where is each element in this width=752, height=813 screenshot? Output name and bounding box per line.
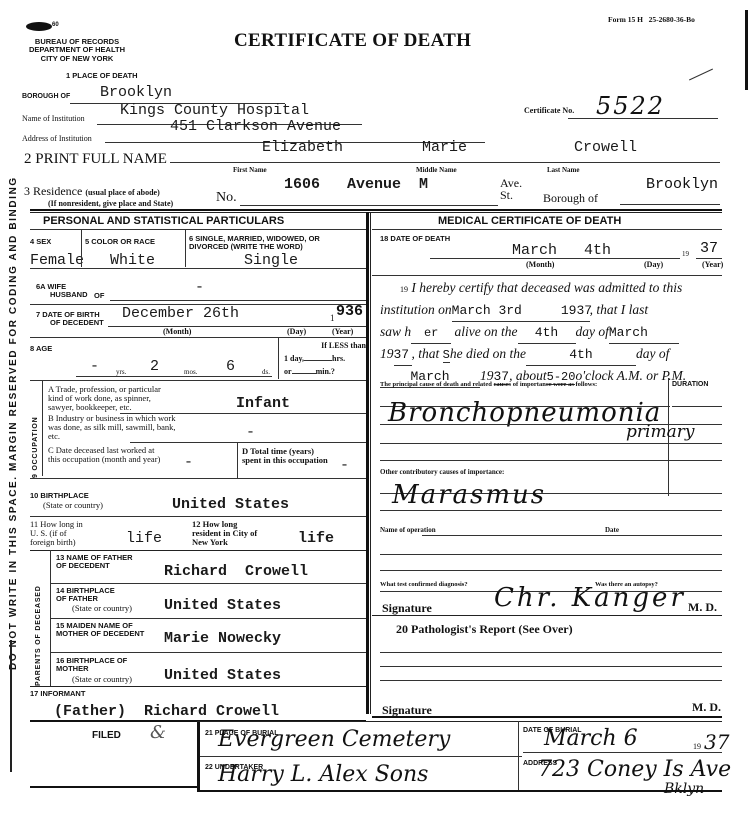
personal-heading: PERSONAL AND STATISTICAL PARTICULARS <box>43 215 284 227</box>
informant-label: 17 INFORMANT <box>30 690 85 698</box>
age-label: 8 AGE <box>30 345 52 353</box>
bureau-block: BUREAU OF RECORDS DEPARTMENT OF HEALTH C… <box>22 38 132 63</box>
cause-label: The principal cause of death and related… <box>380 381 597 388</box>
spouse-of: OF <box>94 292 104 300</box>
right-edge-rule <box>745 10 748 90</box>
seal-icon <box>26 22 52 31</box>
residence-borough-value: Brooklyn <box>646 176 718 193</box>
check-mark-icon <box>689 69 713 81</box>
father-name-label: 13 NAME OF FATHER OF DECEDENT <box>56 554 136 570</box>
death-month-caption: (Month) <box>526 260 554 269</box>
pathologist-label: 20 Pathologist's Report (See Over) <box>396 622 573 637</box>
residence-no-label: No. <box>216 190 237 206</box>
parents-side-label: PARENTS OF DECEASED <box>35 585 42 686</box>
race-value: White <box>110 252 155 269</box>
us-time-label: 11 How long in U. S. (if of foreign birt… <box>30 520 90 547</box>
age-mos-caption: mos. <box>184 368 197 376</box>
residence-value: 1606 Avenue M <box>284 176 428 193</box>
occupation-d-label: D Total time (years) spent in this occup… <box>242 447 332 465</box>
signature-label: Signature <box>382 601 432 616</box>
age-ds-caption: ds. <box>262 368 270 376</box>
occupation-a-value: Infant <box>236 395 290 412</box>
other-cause-value: Marasmus <box>392 480 546 510</box>
death-date-value: March 4th <box>512 242 611 259</box>
first-name-value: Elizabeth <box>262 139 343 156</box>
less-than-day-block: If LESS than 1 day,hrs. ormin.? <box>284 339 366 378</box>
operation-label: Name of operation <box>380 526 436 534</box>
test-label: What test confirmed diagnosis? <box>380 581 468 588</box>
medical-heading: MEDICAL CERTIFICATE OF DEATH <box>438 215 621 227</box>
residence-label: 3 Residence (usual place of abode) <box>24 184 160 199</box>
marital-label: 6 SINGLE, MARRIED, WIDOWED, OR DIVORCED … <box>189 235 361 251</box>
death-date-label: 18 DATE OF DEATH <box>380 235 450 243</box>
institution-address-value: 451 Clarkson Avenue <box>170 118 341 135</box>
father-name-value: Richard Crowell <box>164 563 308 580</box>
burial-year-value: 37 <box>704 730 729 754</box>
cause-note-value: primary <box>626 422 694 442</box>
full-name-label: 2 PRINT FULL NAME <box>24 151 167 168</box>
age-months-value: 2 <box>150 358 159 375</box>
us-time-value: life <box>126 530 162 547</box>
institution-address-label: Address of Institution <box>22 135 92 143</box>
mother-name-label: 15 MAIDEN NAME OF MOTHER OF DECEDENT <box>56 622 146 638</box>
first-name-caption: First Name <box>233 166 267 174</box>
residence-borough-label: Borough of <box>543 191 598 206</box>
last-name-caption: Last Name <box>547 166 579 174</box>
seal-number: 60 <box>52 22 59 28</box>
occupation-side-label: 9 OCCUPATION <box>32 417 39 478</box>
age-days-value: 6 <box>226 358 235 375</box>
spouse-label: 6A WIFE HUSBAND <box>36 283 88 299</box>
death-day-caption: (Day) <box>644 260 663 269</box>
duration-label: DURATION <box>672 381 708 388</box>
page-title: CERTIFICATE OF DEATH <box>234 30 471 52</box>
race-label: 5 COLOR OR RACE <box>85 238 155 246</box>
middle-name-value: Marie <box>422 139 467 156</box>
informant-value: (Father) Richard Crowell <box>54 703 279 720</box>
middle-name-caption: Middle Name <box>416 166 457 174</box>
ave-st-label: Ave. St. <box>500 177 522 201</box>
burial-date-value: March 6 <box>544 726 638 751</box>
bureau-line-3: CITY OF NEW YORK <box>22 55 132 63</box>
occupation-c-label: C Date deceased last worked at this occu… <box>48 446 168 464</box>
occupation-d-value: - <box>340 457 349 474</box>
father-birthplace-label: 14 BIRTHPLACE OF FATHER <box>56 587 126 603</box>
md2-label: M. D. <box>692 700 721 715</box>
occupation-c-value: - <box>184 454 193 471</box>
certification-text: 19 I hereby certify that deceased was ad… <box>380 278 726 388</box>
institution-label: Name of Institution <box>22 115 85 123</box>
mother-birthplace-value: United States <box>164 667 281 684</box>
certificate-no-value: 5522 <box>596 92 665 120</box>
mother-birthplace-label: 16 BIRTHPLACE OF MOTHER <box>56 657 132 673</box>
physician-signature: Chr. Kanger <box>494 583 686 613</box>
city-time-label: 12 How long resident in City of New York <box>192 520 268 547</box>
mother-birthplace-sub: (State or country) <box>72 675 132 684</box>
dob-day-caption: (Day) <box>287 327 306 336</box>
burial-place-value: Evergreen Cemetery <box>218 727 450 752</box>
spouse-value: - <box>195 279 204 296</box>
residence-note2: (If nonresident, give place and State) <box>48 199 173 208</box>
occupation-a-label: A Trade, profession, or particular kind … <box>48 385 176 412</box>
dob-year-prefix: 1 <box>330 313 335 323</box>
mother-name-value: Marie Nowecky <box>164 630 281 647</box>
sex-label: 4 SEX <box>30 238 51 246</box>
form-number: Form 15 H 25-2680-36-Bo <box>608 15 695 24</box>
dob-label: 7 DATE OF BIRTHOF DECEDENT <box>36 311 104 327</box>
undertaker-address-note: Bklyn <box>664 781 704 797</box>
residence-label-note: (usual place of abode) <box>85 188 159 197</box>
dob-month-caption: (Month) <box>163 327 191 336</box>
father-birthplace-sub: (State or country) <box>72 604 132 613</box>
other-causes-label: Other contributory causes of importance: <box>380 468 504 476</box>
dob-year-caption: (Year) <box>332 327 353 336</box>
death-year-caption: (Year) <box>702 260 723 269</box>
margin-reserved-text: DO NOT WRITE IN THIS SPACE. MARGIN RESER… <box>8 176 19 670</box>
operation-date-label: Date <box>605 526 619 534</box>
undertaker-address-value: 723 Coney Is Ave <box>538 757 731 782</box>
undertaker-value: Harry L. Alex Sons <box>218 762 428 787</box>
institution-value: Kings County Hospital <box>120 102 309 119</box>
filed-mark: & <box>150 722 166 743</box>
residence-label-text: 3 Residence <box>24 184 82 198</box>
birthplace-value: United States <box>172 496 289 513</box>
occupation-b-value: - <box>246 424 255 441</box>
last-name-value: Crowell <box>574 139 637 156</box>
age-yrs-caption: yrs. <box>116 368 126 376</box>
borough-value: Brooklyn <box>100 84 172 101</box>
death-year-prefix: 19 <box>682 250 689 258</box>
dob-value: December 26th <box>122 305 239 322</box>
place-of-death-label: 1 PLACE OF DEATH <box>66 71 138 80</box>
sex-value: Female <box>30 252 84 269</box>
death-year-value: 37 <box>700 240 718 257</box>
birthplace-sub: (State or country) <box>43 501 103 510</box>
father-birthplace-value: United States <box>164 597 281 614</box>
md-label: M. D. <box>688 600 717 615</box>
certificate-no-label: Certificate No. <box>524 106 574 115</box>
city-time-value: life <box>298 530 334 547</box>
age-years-value: - <box>90 358 99 375</box>
filed-label: FILED <box>92 730 121 741</box>
birthplace-label: 10 BIRTHPLACE <box>30 492 89 500</box>
dob-year-value: 936 <box>336 303 363 320</box>
marital-value: Single <box>244 252 298 269</box>
borough-label: BOROUGH OF <box>22 93 70 100</box>
occupation-b-label: B Industry or business in which work was… <box>48 414 176 441</box>
burial-year-prefix: 19 <box>693 742 701 751</box>
